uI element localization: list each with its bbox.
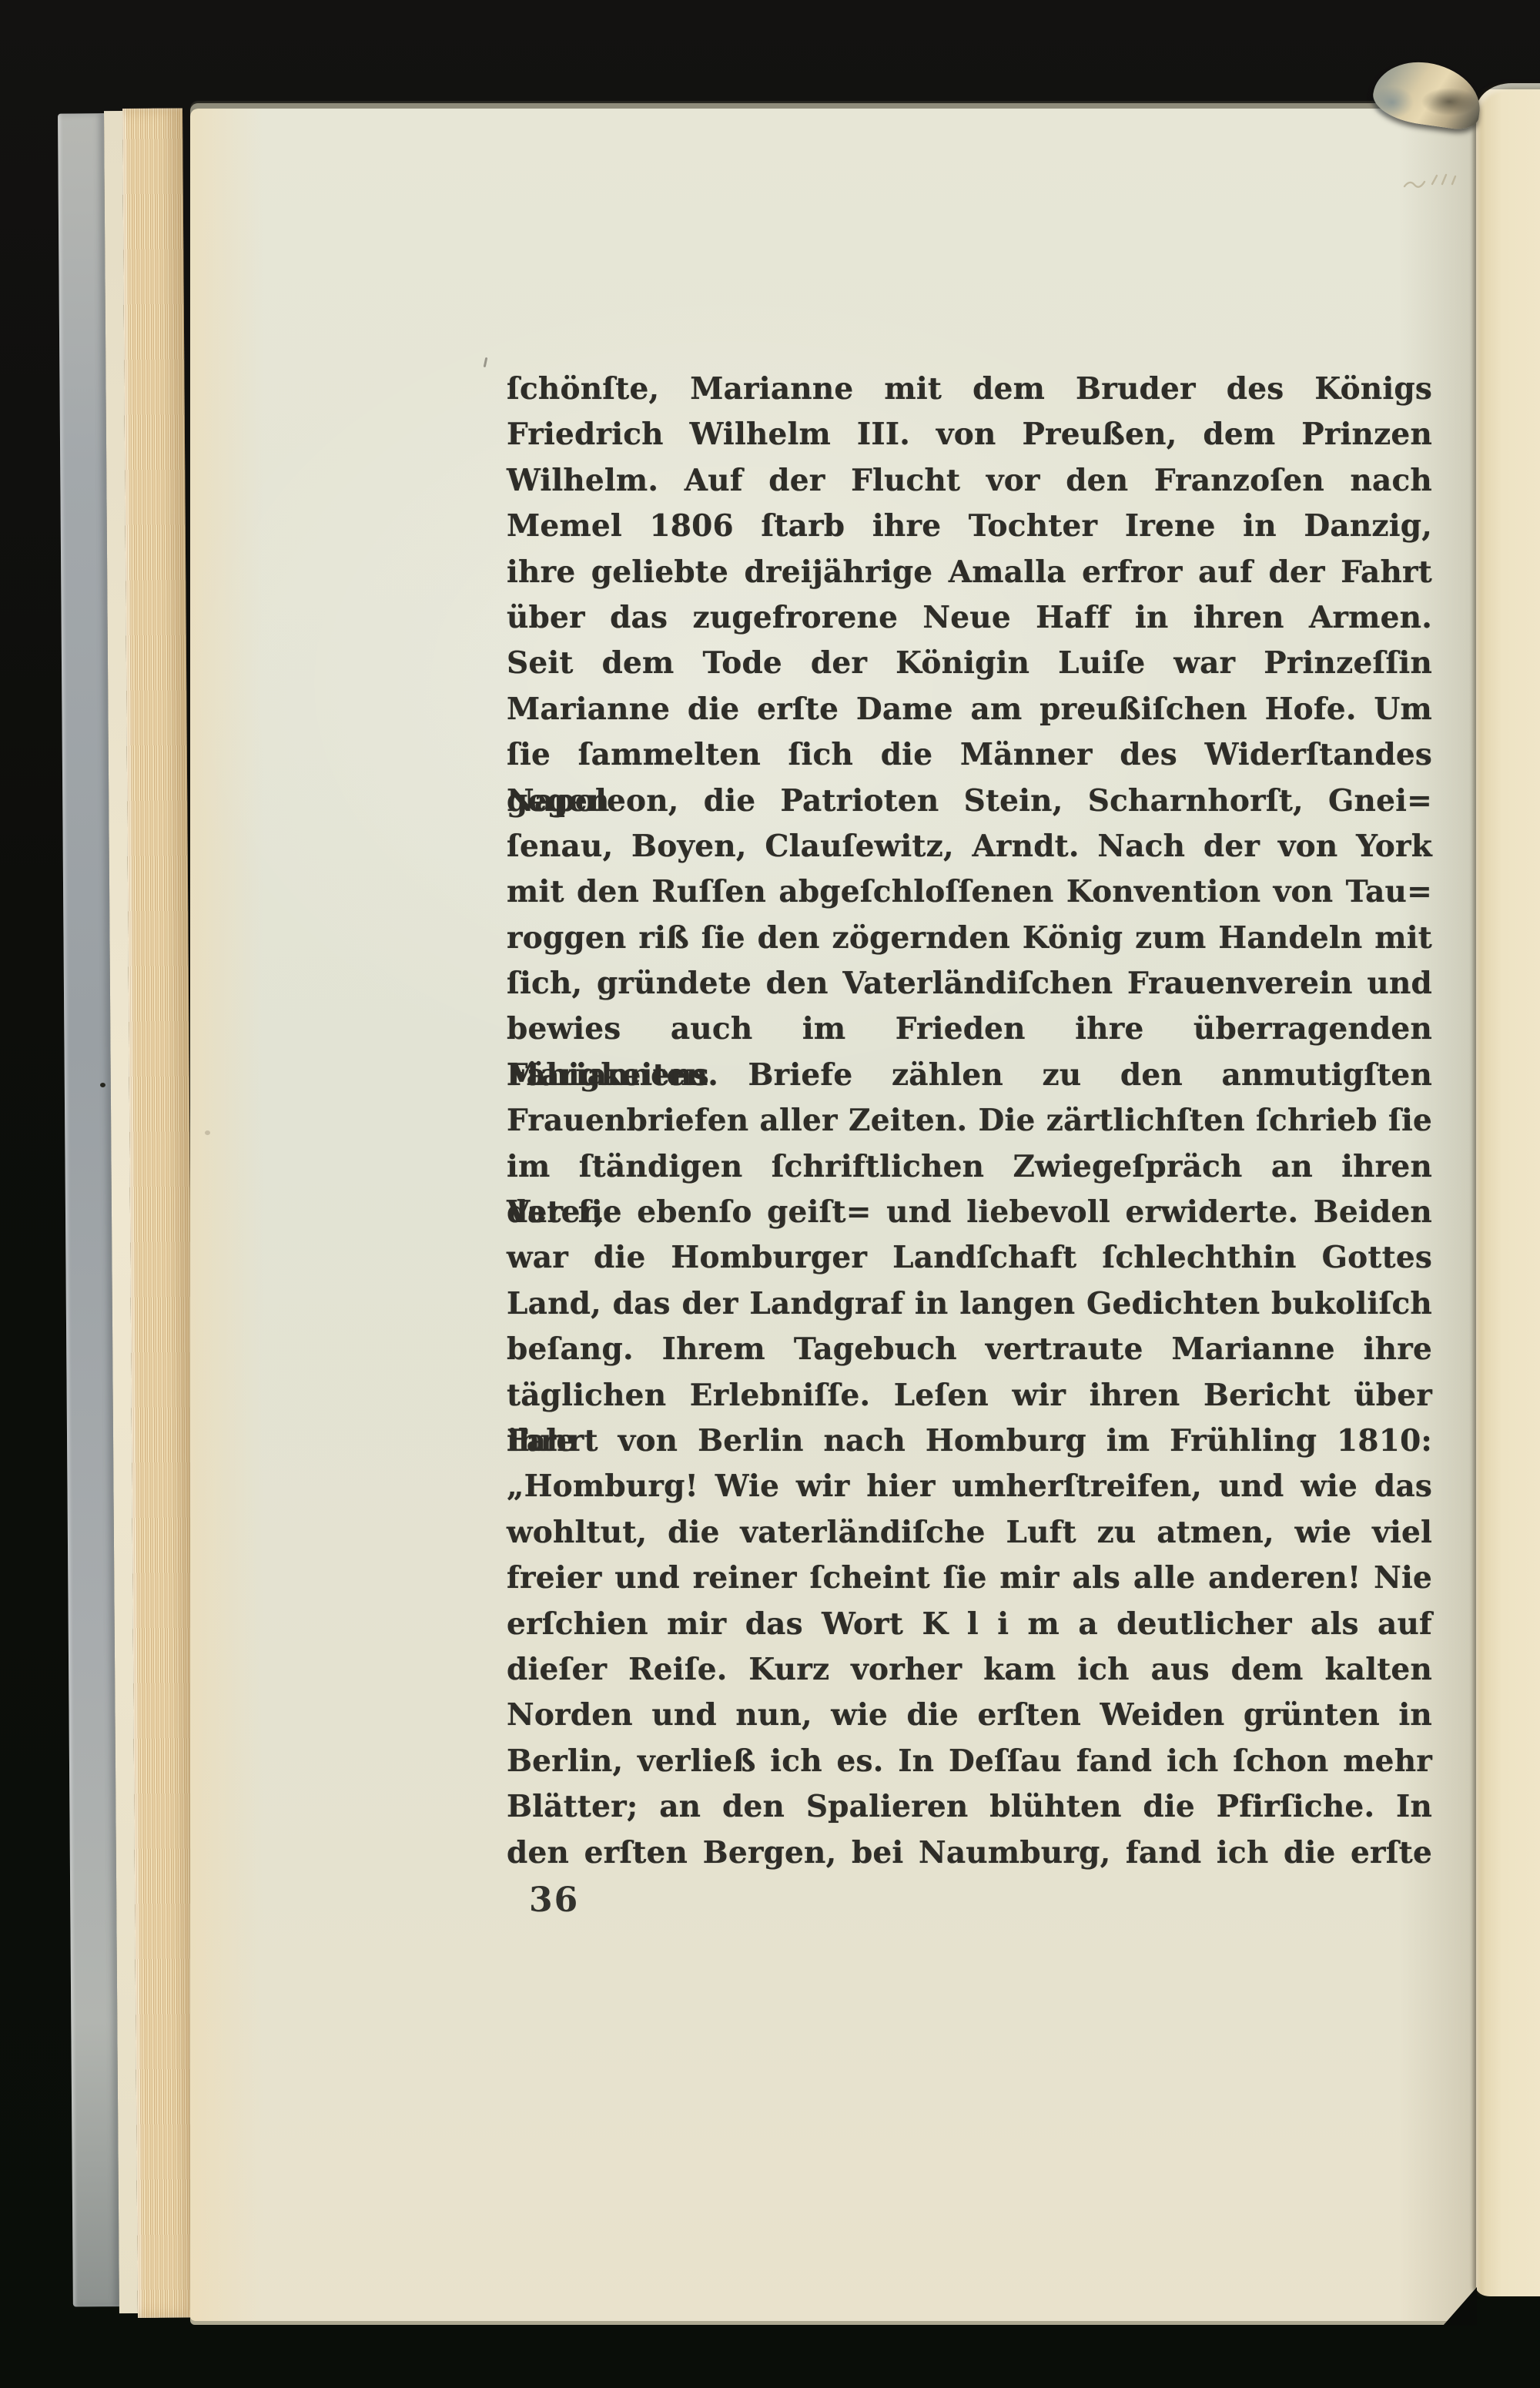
text-line: der ſie ebenſo geiſt= und liebevoll erwi… <box>507 1190 1432 1235</box>
text-line: Frauenbriefen aller Zeiten. Die zärtlich… <box>507 1098 1432 1144</box>
text-line: ſie ſammelten ſich die Männer des Widerſ… <box>507 732 1432 778</box>
text-line: den erſten Bergen, bei Naumburg, fand ic… <box>507 1830 1432 1876</box>
book-page: ſchönſte, Marianne mit dem Bruder des Kö… <box>190 109 1476 2321</box>
text-line: ihre geliebte dreijährige Amalla erfror … <box>507 550 1432 595</box>
cover-speck <box>100 1083 105 1087</box>
text-line: war die Homburger Landſchaft ſchlechthin… <box>507 1235 1432 1281</box>
text-line: Napoleon, die Patrioten Stein, Scharnhor… <box>507 779 1432 824</box>
text-line: roggen riß ſie den zögernden König zum H… <box>507 916 1432 961</box>
text-line: mit den Ruſſen abgeſchloſſenen Konventio… <box>507 869 1432 915</box>
pencil-mark <box>1401 168 1481 196</box>
text-line: ſchönſte, Marianne mit dem Bruder des Kö… <box>507 367 1432 412</box>
curl-smudge <box>1371 86 1414 119</box>
gutter-next-page-edge <box>1476 83 1540 2296</box>
paper-speck <box>205 1130 210 1135</box>
text-line: freier und reiner ſcheint ſie mir als al… <box>507 1556 1432 1601</box>
text-line: Seit dem Tode der Königin Luiſe war Prin… <box>507 641 1432 686</box>
text-line: ſich, gründete den Vaterländiſchen Fraue… <box>507 961 1432 1006</box>
text-line: täglichen Erlebniſſe. Leſen wir ihren Be… <box>507 1373 1432 1418</box>
text-line: Norden und nun, wie die erſten Weiden gr… <box>507 1693 1432 1738</box>
text-line: ſenau, Boyen, Clauſewitz, Arndt. Nach de… <box>507 824 1432 869</box>
text-line: bewies auch im Frieden ihre überragenden… <box>507 1006 1432 1052</box>
text-line: dieſer Reiſe. Kurz vorher kam ich aus de… <box>507 1647 1432 1693</box>
text-line: Memel 1806 ſtarb ihre Tochter Irene in D… <box>507 504 1432 549</box>
text-line: Fahrt von Berlin nach Homburg im Frühlin… <box>507 1418 1432 1464</box>
text-line: Friedrich Wilhelm III. von Preußen, dem … <box>507 412 1432 457</box>
text-line: erſchien mir das Wort K l i m a deutlich… <box>507 1602 1432 1647</box>
text-line: beſang. Ihrem Tagebuch vertraute Mariann… <box>507 1327 1432 1372</box>
curl-shadow <box>1421 88 1477 116</box>
text-line: Blätter; an den Spalieren blühten die Pf… <box>507 1784 1432 1830</box>
text-line: Berlin, verließ ich es. In Deſſau fand i… <box>507 1739 1432 1784</box>
text-line: über das zugefrorene Neue Haff in ihren … <box>507 595 1432 641</box>
text-block: ſchönſte, Marianne mit dem Bruder des Kö… <box>507 367 1432 1876</box>
text-line: Marianne die erſte Dame am preußiſchen H… <box>507 687 1432 732</box>
page-number: 36 <box>529 1877 579 1923</box>
text-line: wohltut, die vaterländiſche Luft zu atme… <box>507 1510 1432 1556</box>
text-line: Mariannens Briefe zählen zu den anmutigſ… <box>507 1053 1432 1098</box>
text-line: „Homburg! Wie wir hier umherſtreifen, un… <box>507 1464 1432 1509</box>
text-line: im ſtändigen ſchriftlichen Zwiegeſpräch … <box>507 1144 1432 1190</box>
text-line: Land, das der Landgraf in langen Gedicht… <box>507 1281 1432 1327</box>
text-line: Wilhelm. Auf der Flucht vor den Franzoſe… <box>507 458 1432 504</box>
photo-background: ſchönſte, Marianne mit dem Bruder des Kö… <box>0 0 1540 2388</box>
book-left-edges <box>58 108 198 2320</box>
